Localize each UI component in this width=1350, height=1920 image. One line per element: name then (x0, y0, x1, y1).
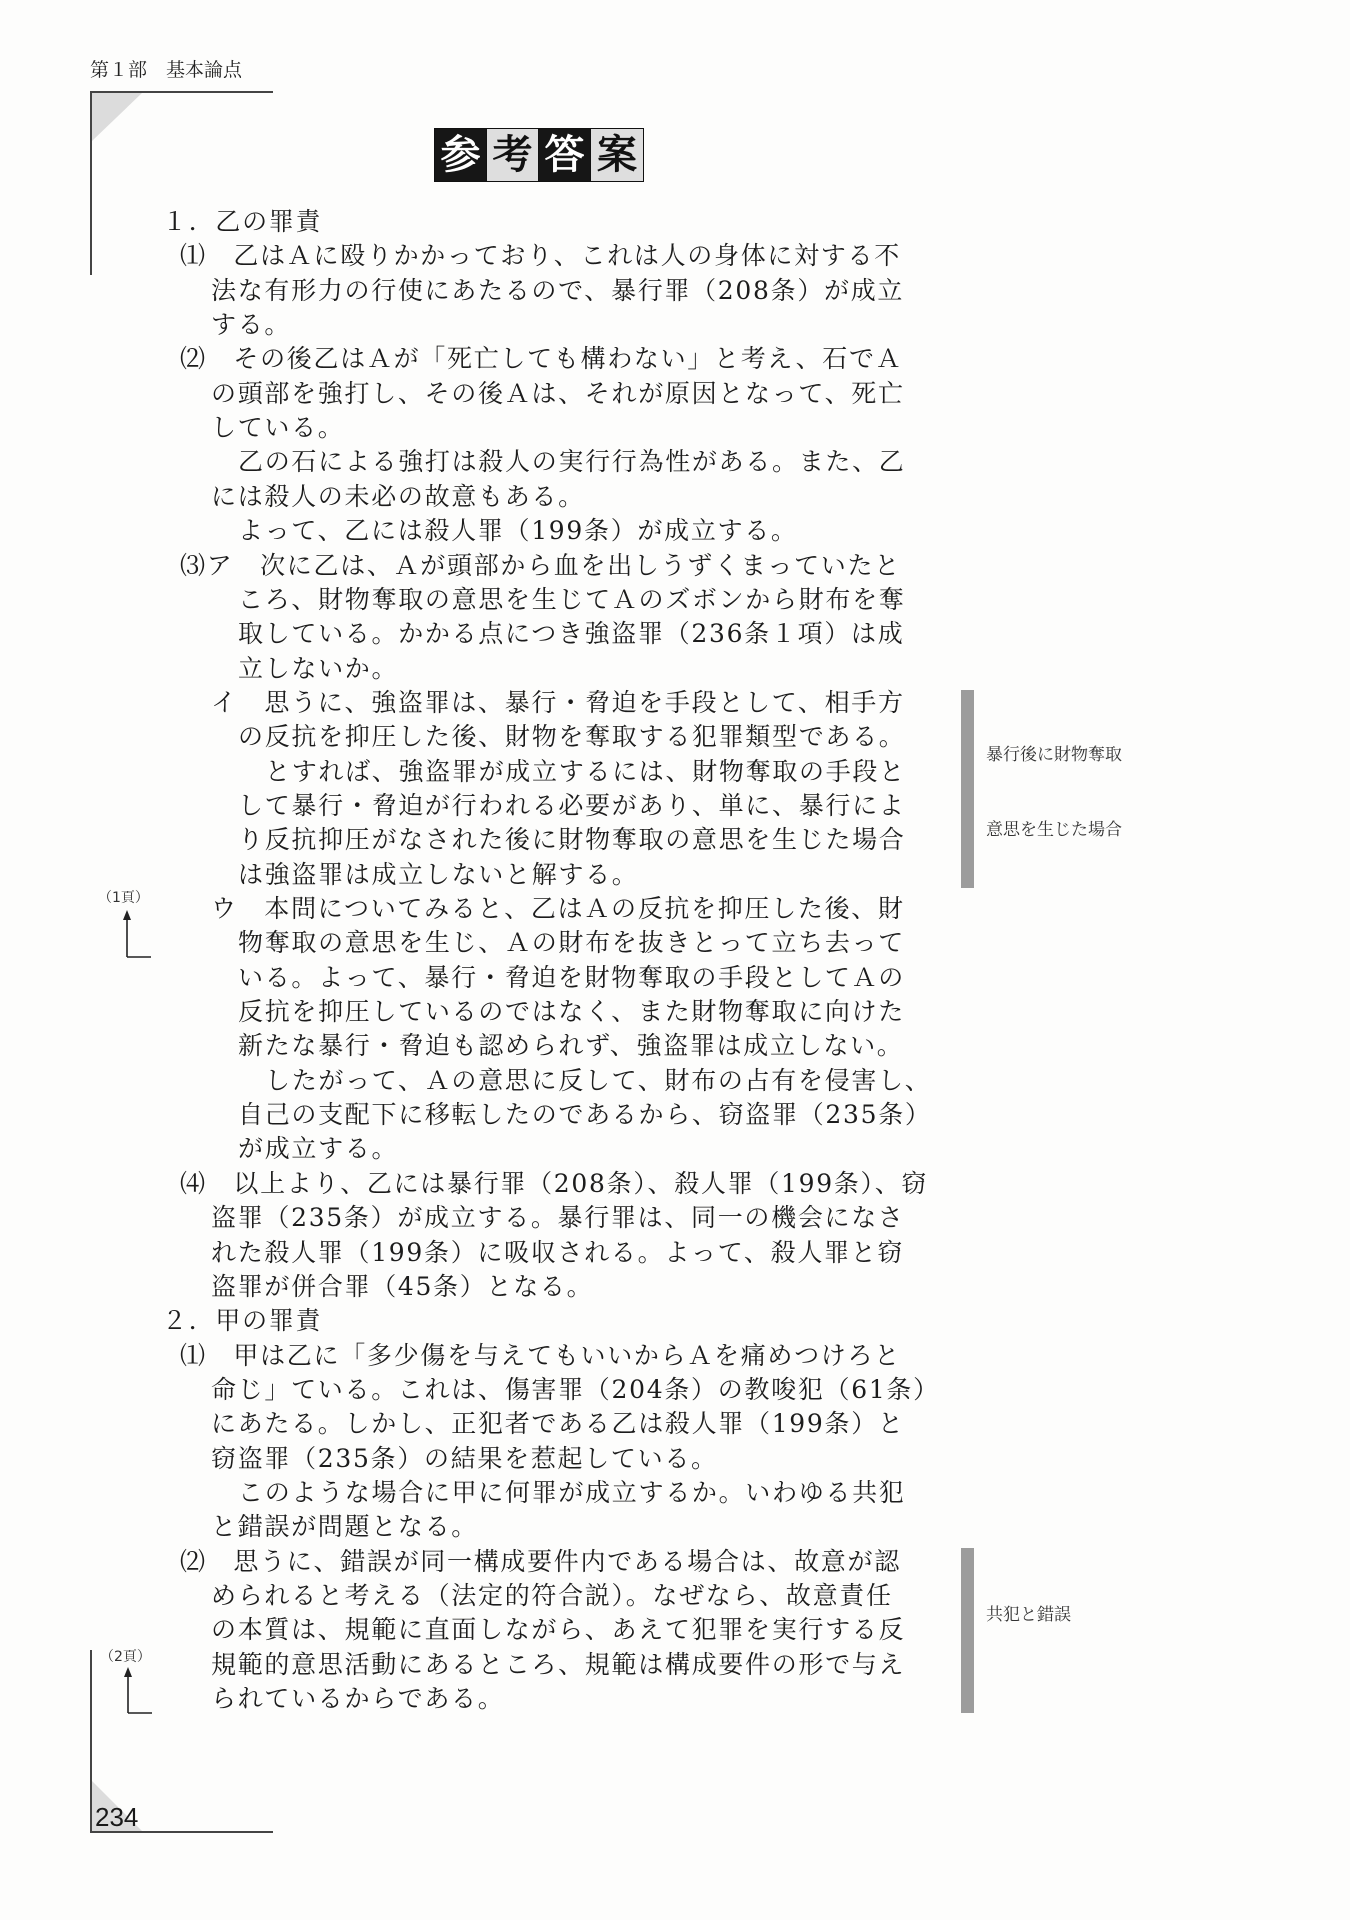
text-line: められると考える（法定的符合説）。なぜなら、故意責任 (211, 1581, 893, 1611)
title-char: 参 (435, 129, 487, 181)
arrow-up-icon (118, 908, 158, 960)
text-line: ２．甲の罪責 (162, 1306, 322, 1336)
margin-note-line: 意思を生じた場合 (986, 818, 1122, 843)
section-title: 参 考 答 案 (434, 128, 644, 182)
margin-note-robbery: 暴行後に財物奪取 意思を生じた場合 (986, 693, 1122, 868)
text-line: 新たな暴行・脅迫も認められず、強盗罪は成立しない。 (238, 1031, 904, 1061)
text-line: られているからである。 (211, 1684, 504, 1714)
running-head: 第１部 基本論点 (90, 55, 242, 82)
text-line: して暴行・脅迫が行われる必要があり、単に、暴行によ (238, 791, 906, 821)
margin-note-complicity-error: 共犯と錯誤 (986, 1553, 1071, 1653)
text-line: が成立する。 (238, 1134, 398, 1164)
text-line: このような場合に甲に何罪が成立するか。いわゆる共犯 (238, 1478, 906, 1508)
text-line: 物奪取の意思を生じ、Ａの財布を抜きとって立ち去って (238, 928, 905, 958)
text-line: 窃盗罪（235条）の結果を惹起している。 (211, 1444, 718, 1474)
text-line: よって、乙には殺人罪（199条）が成立する。 (238, 516, 798, 546)
text-line: り反抗抑圧がなされた後に財物奪取の意思を生じた場合 (238, 825, 906, 855)
text-line: には殺人の未必の故意もある。 (211, 482, 585, 512)
text-line: と錯誤が問題となる。 (211, 1512, 478, 1542)
text-line: いる。よって、暴行・脅迫を財物奪取の手段としてＡの (238, 963, 905, 993)
text-line: とすれば、強盗罪が成立するには、財物奪取の手段と (265, 757, 906, 787)
corner-triangle-top (92, 93, 142, 141)
text-line: 取している。かかる点につき強盗罪（236条１項）は成 (238, 619, 904, 649)
margin-bar (961, 690, 974, 888)
text-line: の反抗を抑圧した後、財物を奪取する犯罪類型である。 (238, 722, 906, 752)
text-line: 盗罪が併合罪（45条）となる。 (211, 1272, 593, 1302)
margin-bar (961, 1548, 974, 1713)
text-line: ⑷ 以上より、乙には暴行罪（208条）、殺人罪（199条）、窃 (180, 1169, 928, 1199)
text-line: ウ 本問についてみると、乙はＡの反抗を抑圧した後、財 (211, 894, 905, 924)
text-line: れた殺人罪（199条）に吸収される。よって、殺人罪と窃 (211, 1238, 904, 1268)
title-char: 案 (591, 129, 643, 181)
text-line: ころ、財物奪取の意思を生じてＡのズボンから財布を奪 (238, 585, 906, 615)
margin-note-line: 暴行後に財物奪取 (986, 743, 1122, 768)
text-line: 盗罪（235条）が成立する。暴行罪は、同一の機会になさ (211, 1203, 905, 1233)
text-line: 規範的意思活動にあるところ、規範は構成要件の形で与え (211, 1650, 905, 1680)
text-line: の本質は、規範に直面しながら、あえて犯罪を実行する反 (211, 1615, 905, 1645)
text-line: 自己の支配下に移転したのであるから、窃盗罪（235条） (238, 1100, 932, 1130)
text-line: 反抗を抑圧しているのではなく、また財物奪取に向けた (238, 997, 905, 1027)
text-line: 立しないか。 (238, 654, 398, 684)
title-char: 考 (487, 129, 539, 181)
text-line: したがって、Ａの意思に反して、財布の占有を侵害し、 (265, 1066, 932, 1096)
text-line: する。 (211, 310, 291, 340)
text-line: ⑶ア 次に乙は、Ａが頭部から血を出しうずくまっていたと (180, 551, 901, 581)
page-ref-label-2: （2頁） (100, 1646, 151, 1666)
text-line: 乙の石による強打は殺人の実行行為性がある。また、乙 (238, 447, 906, 477)
arrow-up-icon (119, 1665, 159, 1717)
text-line: イ 思うに、強盗罪は、暴行・脅迫を手段として、相手方 (211, 688, 905, 718)
title-char: 答 (539, 129, 591, 181)
text-line: している。 (211, 413, 345, 443)
text-line: １．乙の罪責 (162, 207, 322, 237)
text-line: 法な有形力の行使にあたるので、暴行罪（208条）が成立 (211, 276, 904, 306)
text-line: にあたる。しかし、正犯者である乙は殺人罪（199条）と (211, 1409, 905, 1439)
page-number: 234 (95, 1802, 138, 1833)
text-line: ⑵ その後乙はＡが「死亡しても構わない」と考え、石でＡ (180, 344, 902, 374)
text-line: の頭部を強打し、その後Ａは、それが原因となって、死亡 (211, 379, 905, 409)
text-line: ⑴ 乙はＡに殴りかかっており、これは人の身体に対する不 (180, 241, 901, 271)
text-line: は強盗罪は成立しないと解する。 (238, 860, 639, 890)
page-ref-label-1: （1頁） (98, 887, 149, 907)
text-line: ⑵ 思うに、錯誤が同一構成要件内である場合は、故意が認 (180, 1547, 901, 1577)
margin-note-line: 共犯と錯誤 (986, 1603, 1071, 1628)
text-line: ⑴ 甲は乙に「多少傷を与えてもいいからＡを痛めつけろと (180, 1341, 901, 1371)
text-line: 命じ」ている。これは、傷害罪（204条）の教唆犯（61条） (211, 1375, 940, 1405)
